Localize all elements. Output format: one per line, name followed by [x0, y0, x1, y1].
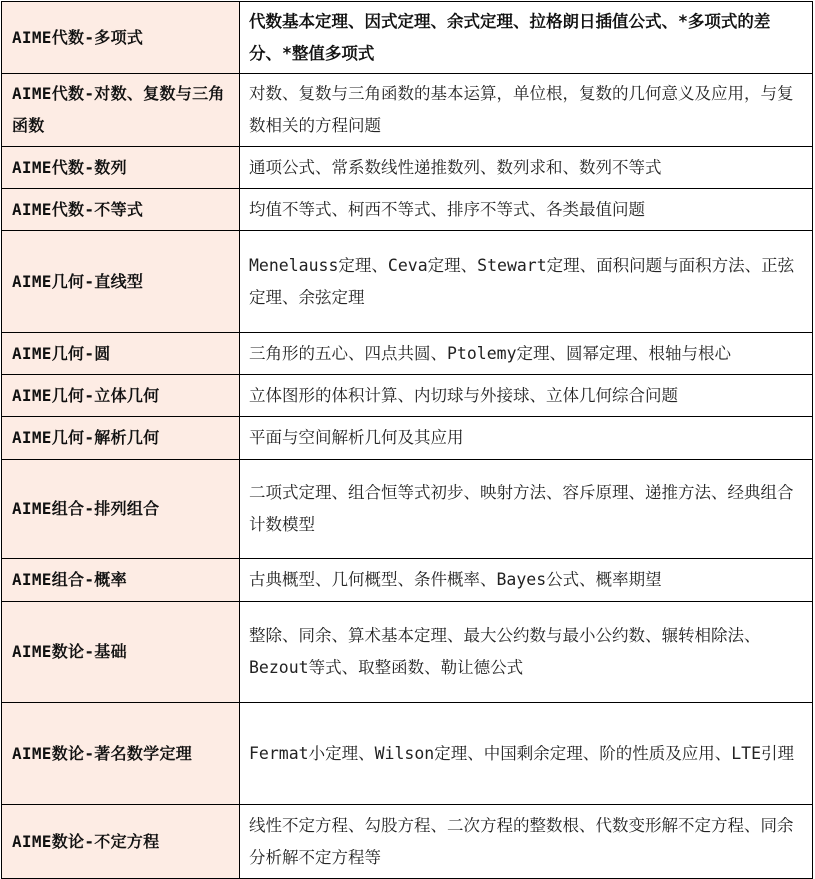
category-cell: AIME几何-解析几何: [2, 417, 240, 460]
topics-cell: 立体图形的体积计算、内切球与外接球、立体几何综合问题: [240, 375, 813, 417]
category-cell: AIME代数-不等式: [2, 189, 240, 231]
topics-cell: 线性不定方程、勾股方程、二次方程的整数根、代数变形解不定方程、同余分析解不定方程…: [240, 805, 813, 879]
category-cell: AIME代数-对数、复数与三角函数: [2, 74, 240, 147]
category-cell: AIME代数-多项式: [2, 2, 240, 74]
topics-cell: Menelauss定理、Ceva定理、Stewart定理、面积问题与面积方法、正…: [240, 231, 813, 333]
table-row: AIME数论-基础整除、同余、算术基本定理、最大公约数与最小公约数、辗转相除法、…: [2, 602, 813, 703]
topics-cell: 平面与空间解析几何及其应用: [240, 417, 813, 460]
topics-cell: 三角形的五心、四点共圆、Ptolemy定理、圆幂定理、根轴与根心: [240, 333, 813, 375]
category-cell: AIME组合-排列组合: [2, 460, 240, 559]
table-row: AIME几何-立体几何立体图形的体积计算、内切球与外接球、立体几何综合问题: [2, 375, 813, 417]
category-cell: AIME几何-直线型: [2, 231, 240, 333]
category-cell: AIME代数-数列: [2, 147, 240, 189]
topics-cell: 通项公式、常系数线性递推数列、数列求和、数列不等式: [240, 147, 813, 189]
category-cell: AIME数论-不定方程: [2, 805, 240, 879]
table-row: AIME代数-数列通项公式、常系数线性递推数列、数列求和、数列不等式: [2, 147, 813, 189]
category-cell: AIME组合-概率: [2, 559, 240, 602]
table-row: AIME几何-直线型Menelauss定理、Ceva定理、Stewart定理、面…: [2, 231, 813, 333]
topics-cell: 代数基本定理、因式定理、余式定理、拉格朗日插值公式、*多项式的差分、*整值多项式: [240, 2, 813, 74]
table-row: AIME代数-多项式代数基本定理、因式定理、余式定理、拉格朗日插值公式、*多项式…: [2, 2, 813, 74]
table-row: AIME组合-排列组合二项式定理、组合恒等式初步、映射方法、容斥原理、递推方法、…: [2, 460, 813, 559]
topics-cell: 均值不等式、柯西不等式、排序不等式、各类最值问题: [240, 189, 813, 231]
table-row: AIME数论-不定方程线性不定方程、勾股方程、二次方程的整数根、代数变形解不定方…: [2, 805, 813, 879]
topics-cell: 古典概型、几何概型、条件概率、Bayes公式、概率期望: [240, 559, 813, 602]
table-row: AIME几何-圆三角形的五心、四点共圆、Ptolemy定理、圆幂定理、根轴与根心: [2, 333, 813, 375]
topics-cell: 二项式定理、组合恒等式初步、映射方法、容斥原理、递推方法、经典组合计数模型: [240, 460, 813, 559]
table-row: AIME代数-不等式均值不等式、柯西不等式、排序不等式、各类最值问题: [2, 189, 813, 231]
category-cell: AIME数论-基础: [2, 602, 240, 703]
category-cell: AIME几何-圆: [2, 333, 240, 375]
table-row: AIME组合-概率古典概型、几何概型、条件概率、Bayes公式、概率期望: [2, 559, 813, 602]
topics-cell: Fermat小定理、Wilson定理、中国剩余定理、阶的性质及应用、LTE引理: [240, 703, 813, 805]
category-cell: AIME数论-著名数学定理: [2, 703, 240, 805]
aime-topics-table: AIME代数-多项式代数基本定理、因式定理、余式定理、拉格朗日插值公式、*多项式…: [1, 1, 813, 879]
table-row: AIME几何-解析几何平面与空间解析几何及其应用: [2, 417, 813, 460]
topics-cell: 对数、复数与三角函数的基本运算，单位根，复数的几何意义及应用，与复数相关的方程问…: [240, 74, 813, 147]
table-row: AIME代数-对数、复数与三角函数对数、复数与三角函数的基本运算，单位根，复数的…: [2, 74, 813, 147]
topics-cell: 整除、同余、算术基本定理、最大公约数与最小公约数、辗转相除法、Bezout等式、…: [240, 602, 813, 703]
category-cell: AIME几何-立体几何: [2, 375, 240, 417]
table-row: AIME数论-著名数学定理Fermat小定理、Wilson定理、中国剩余定理、阶…: [2, 703, 813, 805]
